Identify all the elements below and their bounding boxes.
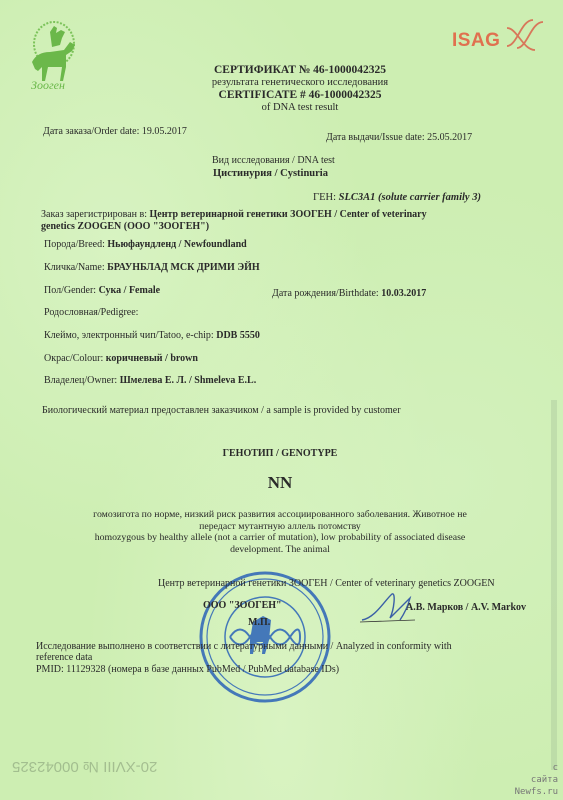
certificate-subtitle-ru: результата генетического исследования [150, 77, 450, 88]
registered-at: Заказ зарегистрирован в: Центр ветеринар… [41, 209, 427, 220]
colour-label: Окрас/Colour: [44, 353, 103, 364]
genotype-value: NN [230, 473, 330, 493]
breed: Порода/Breed: Ньюфаундленд / Newfoundlan… [44, 239, 247, 250]
gene: ГЕН: SLC3A1 (solute carrier family 3) [313, 192, 481, 203]
gene-label: ГЕН: [313, 192, 336, 203]
logo-text: Зооген [31, 78, 65, 93]
dna-helix-icon [503, 16, 551, 56]
conformity-line-1: Исследование выполнено в соответствии с … [36, 641, 452, 652]
watermark-line-1: с [450, 763, 558, 773]
signature-center: Центр ветеринарной генетики ЗООГЕН / Cen… [158, 578, 495, 589]
signature-org: ООО "ЗООГЕН" [203, 600, 282, 611]
seal-mark: М.П. [248, 617, 270, 628]
sample-note: Биологический материал предоставлен зака… [42, 405, 401, 416]
registered-value: Центр ветеринарной генетики ЗООГЕН / Cen… [150, 209, 427, 220]
description-ru-1: гомозигота по норме, низкий риск развити… [40, 509, 520, 520]
name-label: Кличка/Name: [44, 262, 105, 273]
watermark-line-2: сайта [450, 775, 558, 785]
certificate-subtitle-en: of DNA test result [150, 102, 450, 113]
gender-value: Сука / Female [99, 285, 160, 296]
certificate-number-en: CERTIFICATE # 46-1000042325 [150, 89, 450, 101]
gene-value: SLC3A1 (solute carrier family 3) [339, 192, 481, 203]
issue-date: Дата выдачи/Issue date: 25.05.2017 [326, 132, 472, 143]
isag-logo: ISAG [452, 30, 500, 52]
birthdate-value: 10.03.2017 [381, 288, 426, 299]
registered-label: Заказ зарегистрирован в: [41, 209, 147, 220]
chip-label: Клеймо, электронный чип/Tatoo, e-chip: [44, 330, 214, 341]
description-en-1: homozygous by healthy allele (not a carr… [40, 532, 520, 543]
colour-value: коричневый / brown [106, 353, 198, 364]
owner-value: Шмелева Е. Л. / Shmeleva E.L. [120, 375, 257, 386]
test-type-label: Вид исследования / DNA test [212, 155, 335, 166]
watermark-line-3: Newfs.ru [450, 787, 558, 797]
name-value: БРАУНБЛАД МСК ДРИМИ ЭЙН [107, 262, 260, 273]
issue-date-label: Дата выдачи/Issue date: [326, 132, 425, 143]
certificate-number-ru: СЕРТИФИКАТ № 46-1000042325 [150, 64, 450, 76]
pedigree-label: Родословная/Pedigree: [44, 307, 138, 318]
pmid-reference: PMID: 11129328 (номера в базе данных Pub… [36, 664, 339, 675]
owner: Владелец/Owner: Шмелева Е. Л. / Shmeleva… [44, 375, 256, 386]
gender: Пол/Gender: Сука / Female [44, 285, 160, 296]
description-en-2: development. The animal [40, 544, 520, 555]
chip-value: DDB 5550 [216, 330, 260, 341]
birthdate: Дата рождения/Birthdate: 10.03.2017 [272, 288, 426, 299]
owner-label: Владелец/Owner: [44, 375, 117, 386]
serial-number: 20-XVIII № 00042325 [12, 758, 157, 775]
gender-label: Пол/Gender: [44, 285, 96, 296]
breed-value: Ньюфаундленд / Newfoundland [107, 239, 246, 250]
registered-value-cont: genetics ZOOGEN (ООО "ЗООГЕН") [41, 221, 209, 232]
test-name: Цистинурия / Cystinuria [213, 168, 328, 179]
colour: Окрас/Colour: коричневый / brown [44, 353, 198, 364]
chip: Клеймо, электронный чип/Tatoo, e-chip: D… [44, 330, 260, 341]
order-date-value: 19.05.2017 [142, 126, 187, 137]
description-ru-2: передаст мутантную аллель потомству [40, 521, 520, 532]
birthdate-label: Дата рождения/Birthdate: [272, 288, 379, 299]
signature-signer: А.В. Марков / A.V. Markov [406, 602, 526, 613]
edge-strip [551, 400, 557, 770]
order-date-label: Дата заказа/Order date: [43, 126, 139, 137]
breed-label: Порода/Breed: [44, 239, 105, 250]
genotype-label: ГЕНОТИП / GENOTYPE [150, 448, 410, 459]
issue-date-value: 25.05.2017 [427, 132, 472, 143]
dog-name: Кличка/Name: БРАУНБЛАД МСК ДРИМИ ЭЙН [44, 262, 260, 273]
order-date: Дата заказа/Order date: 19.05.2017 [43, 126, 187, 137]
conformity-line-2: reference data [36, 652, 92, 663]
